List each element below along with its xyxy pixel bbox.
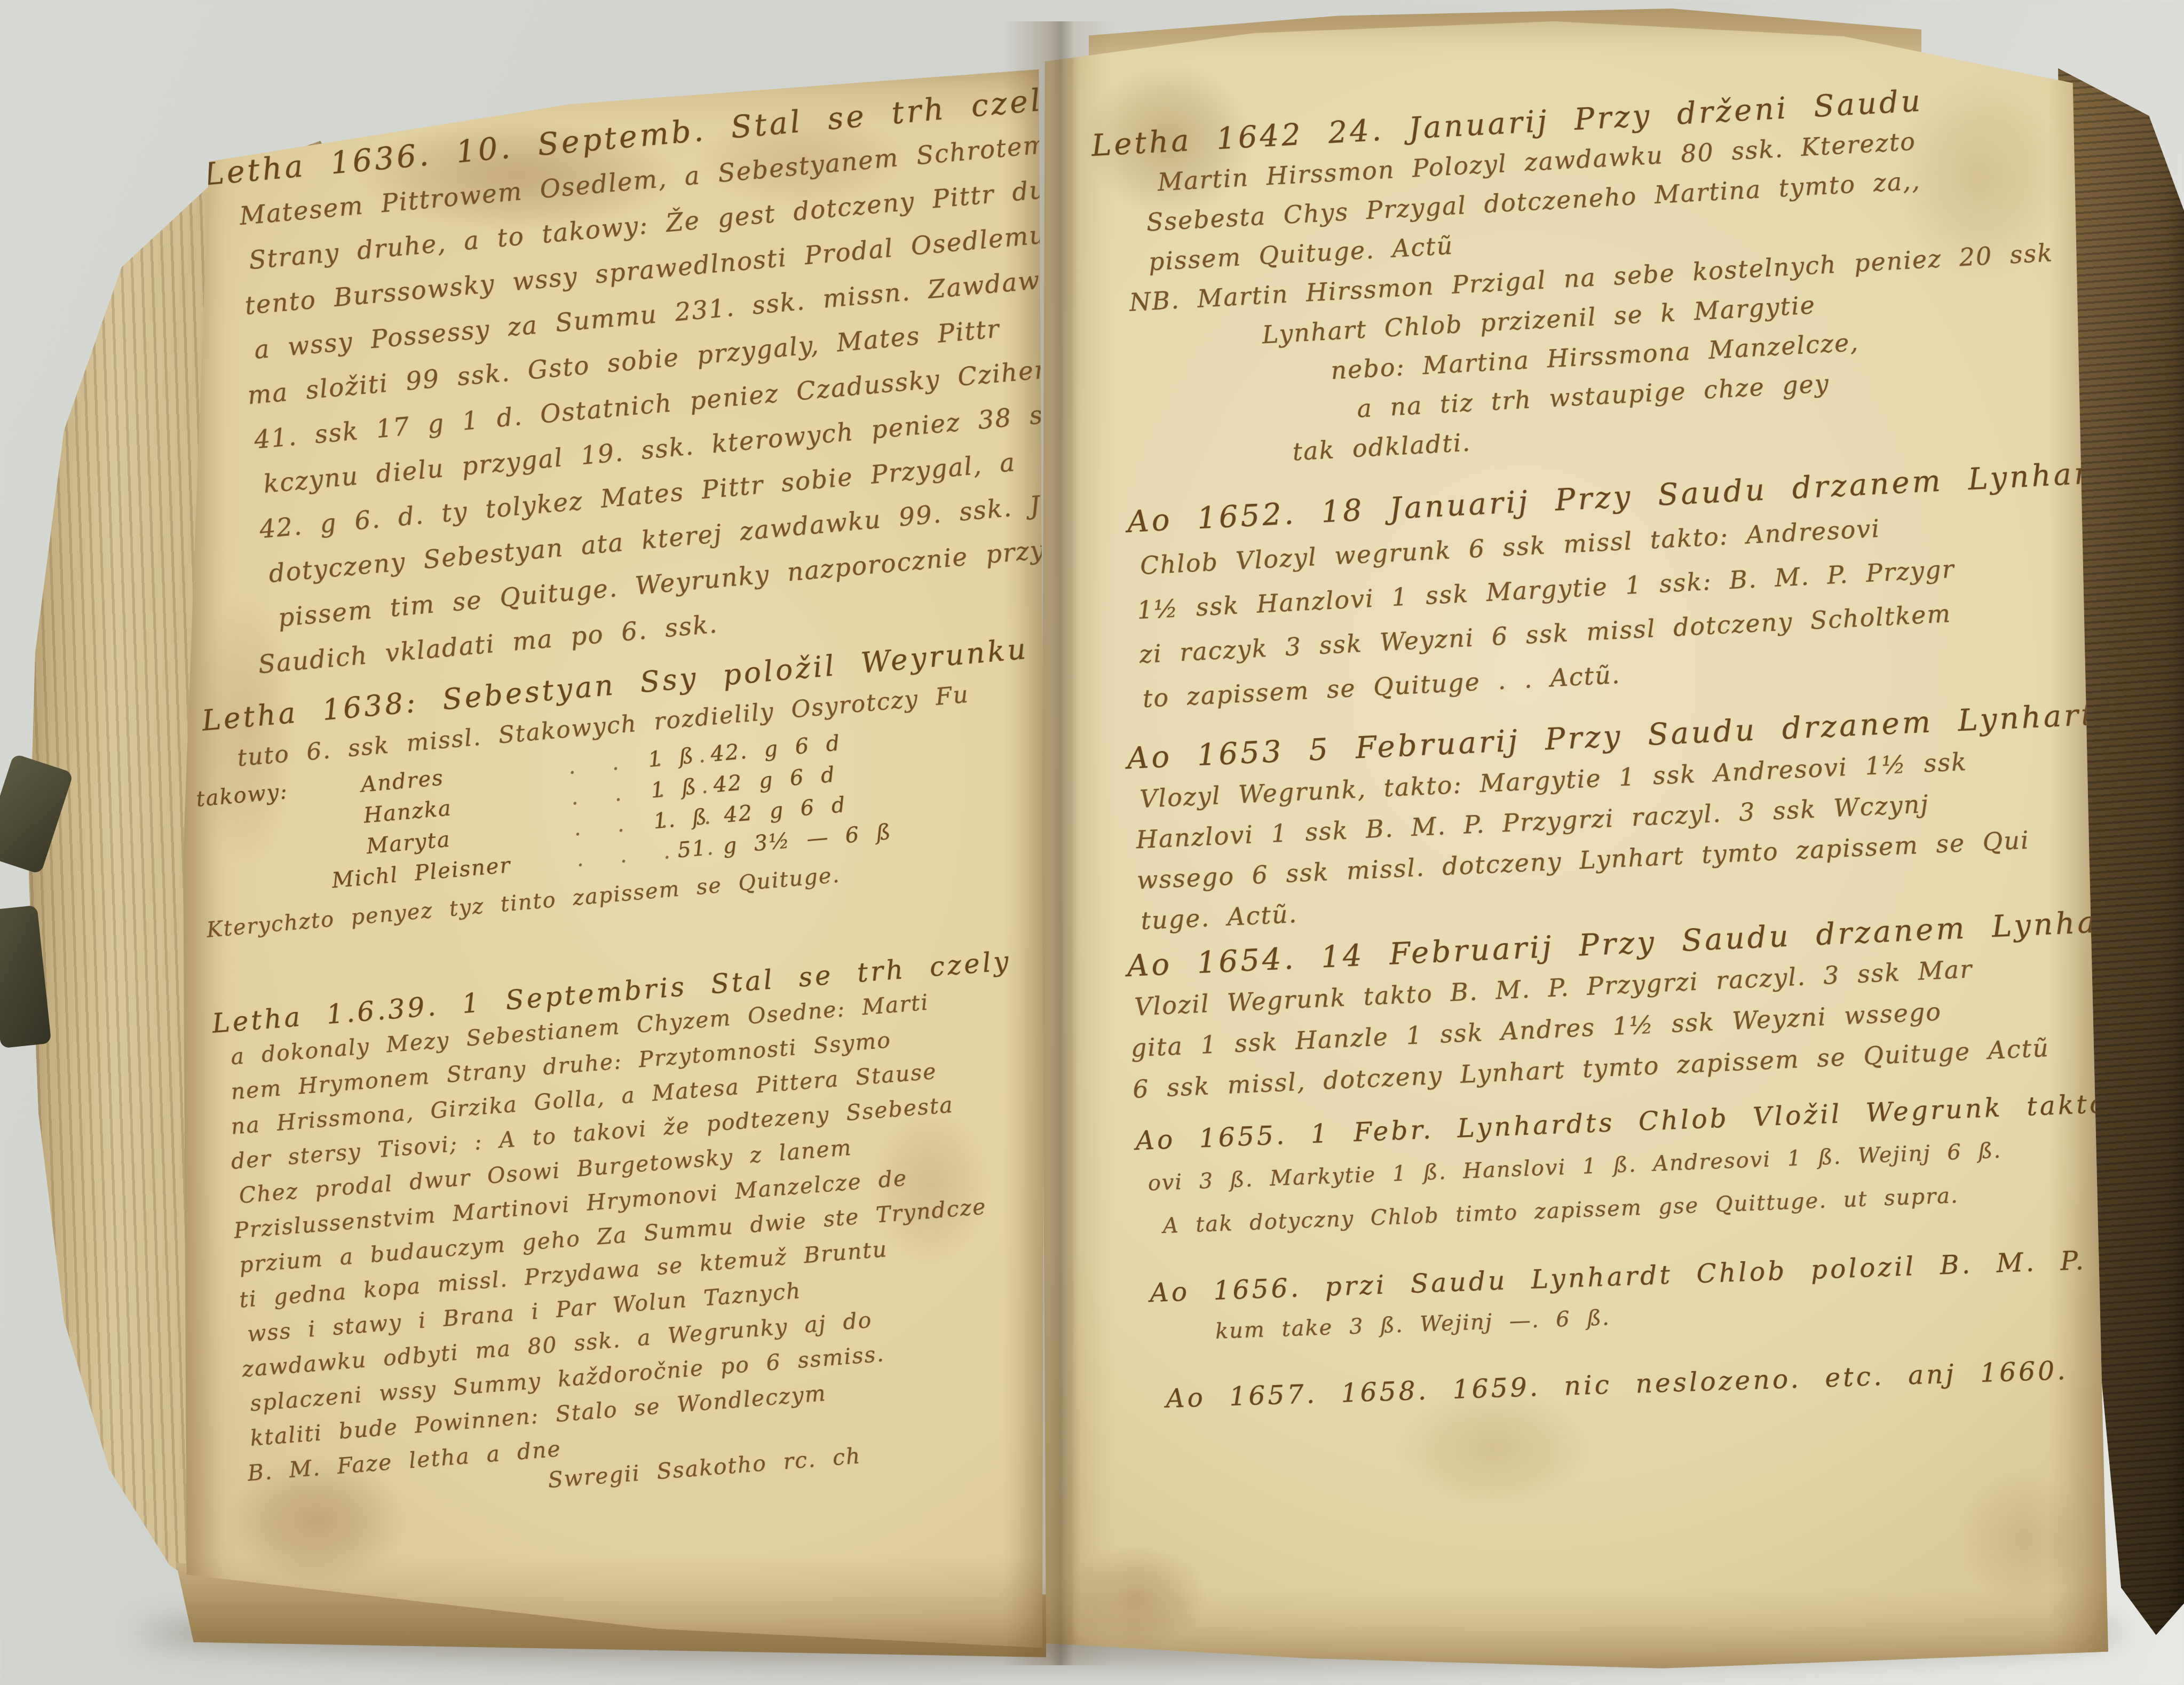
manuscript-entry-1657: Ao 1657. 1658. 1659. nic neslozeno. etc.… [1165,1350,2069,1419]
manuscript-entry-1656: Ao 1656. przi Saudu Lynhardt Chlob poloz… [1149,1229,2184,1355]
manuscript-entry-1652: Ao 1652. 18 Januarij Przy Saudu drzanem … [1126,450,2116,721]
page-right: Letha 1642 24. Januarij Przy drženi Saud… [1040,6,2112,1672]
manuscript-book-photo: Letha 1636. 10. Septemb. Stal se trh cze… [0,0,2184,1685]
manuscript-entry-1653: Ao 1653 5 Februarij Przy Saudu drzanem L… [1126,689,2184,942]
stain [1936,1447,2107,1629]
page-left: Letha 1636. 10. Septemb. Stal se trh cze… [181,63,1044,1651]
manuscript-entry-1639: Letha 1.6.39. 1 Septembris Stal se trh c… [211,944,1050,1521]
manuscript-entry-1642: Letha 1642 24. Januarij Przy drženi Saud… [1090,75,2063,481]
entry-heading-line: Ao 1657. 1658. 1659. nic neslozeno. etc.… [1165,1350,2069,1419]
gutter-crease [1064,6,1080,1672]
